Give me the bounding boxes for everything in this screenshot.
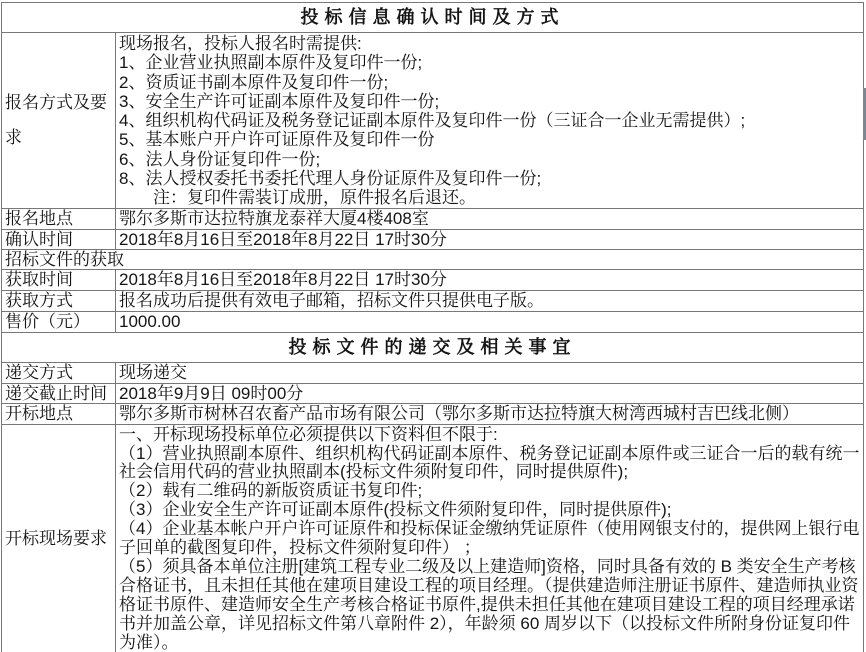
submission-deadline-row: 递交截止时间 2018年9月9日 09时00分 [2, 383, 864, 403]
price-row: 售价（元） 1000.00 [2, 311, 864, 332]
section-submission-title-row: 投标文件的递交及相关事宜 [2, 332, 864, 362]
price-value: 1000.00 [116, 311, 864, 332]
acquisition-time-value: 2018年8月16日至2018年8月22日 17时30分 [116, 269, 864, 290]
opening-location-row: 开标地点 鄂尔多斯市树林召农畜产品市场有限公司（鄂尔多斯市达拉特旗大树湾西城村吉… [2, 403, 864, 424]
registration-method-row: 报名方式及要求 现场报名，投标人报名时需提供: 1、企业营业执照副本原件及复印件… [2, 33, 864, 209]
submission-method-row: 递交方式 现场递交 [2, 362, 864, 383]
confirmation-time-row: 确认时间 2018年8月16日至2018年8月22日 17时30分 [2, 229, 864, 249]
opening-requirements-label: 开标现场要求 [2, 424, 116, 652]
acquisition-time-row: 获取时间 2018年8月16日至2018年8月22日 17时30分 [2, 269, 864, 290]
bid-info-table: 投标信息确认时间及方式 报名方式及要求 现场报名，投标人报名时需提供: 1、企业… [1, 2, 864, 652]
registration-location-value: 鄂尔多斯市达拉特旗龙泰祥大厦4楼408室 [116, 208, 864, 229]
doc-acquisition-header: 招标文件的获取 [2, 249, 864, 269]
section-confirmation-title: 投标信息确认时间及方式 [2, 3, 864, 33]
opening-requirements-row: 开标现场要求 一、开标现场投标单位必须提供以下资料但不限于: （1）营业执照副本… [2, 424, 864, 652]
confirmation-time-label: 确认时间 [2, 229, 116, 249]
opening-location-value: 鄂尔多斯市树林召农畜产品市场有限公司（鄂尔多斯市达拉特旗大树湾西城村吉巴线北侧） [116, 403, 864, 424]
opening-requirements-content: 一、开标现场投标单位必须提供以下资料但不限于: （1）营业执照副本原件、组织机构… [116, 424, 864, 652]
doc-acquisition-header-row: 招标文件的获取 [2, 249, 864, 269]
submission-deadline-value: 2018年9月9日 09时00分 [116, 383, 864, 403]
acquisition-method-label: 获取方式 [2, 290, 116, 311]
submission-method-label: 递交方式 [2, 362, 116, 383]
acquisition-time-label: 获取时间 [2, 269, 116, 290]
price-label: 售价（元） [2, 311, 116, 332]
section-submission-title: 投标文件的递交及相关事宜 [2, 332, 864, 362]
submission-deadline-label: 递交截止时间 [2, 383, 116, 403]
confirmation-time-value: 2018年8月16日至2018年8月22日 17时30分 [116, 229, 864, 249]
section-confirmation-title-row: 投标信息确认时间及方式 [2, 3, 864, 33]
registration-location-row: 报名地点 鄂尔多斯市达拉特旗龙泰祥大厦4楼408室 [2, 208, 864, 229]
registration-method-content: 现场报名，投标人报名时需提供: 1、企业营业执照副本原件及复印件一份; 2、资质… [116, 33, 864, 209]
opening-location-label: 开标地点 [2, 403, 116, 424]
acquisition-method-value: 报名成功后提供有效电子邮箱，招标文件只提供电子版。 [116, 290, 864, 311]
registration-location-label: 报名地点 [2, 208, 116, 229]
submission-method-value: 现场递交 [116, 362, 864, 383]
registration-method-label: 报名方式及要求 [2, 33, 116, 209]
acquisition-method-row: 获取方式 报名成功后提供有效电子邮箱，招标文件只提供电子版。 [2, 290, 864, 311]
